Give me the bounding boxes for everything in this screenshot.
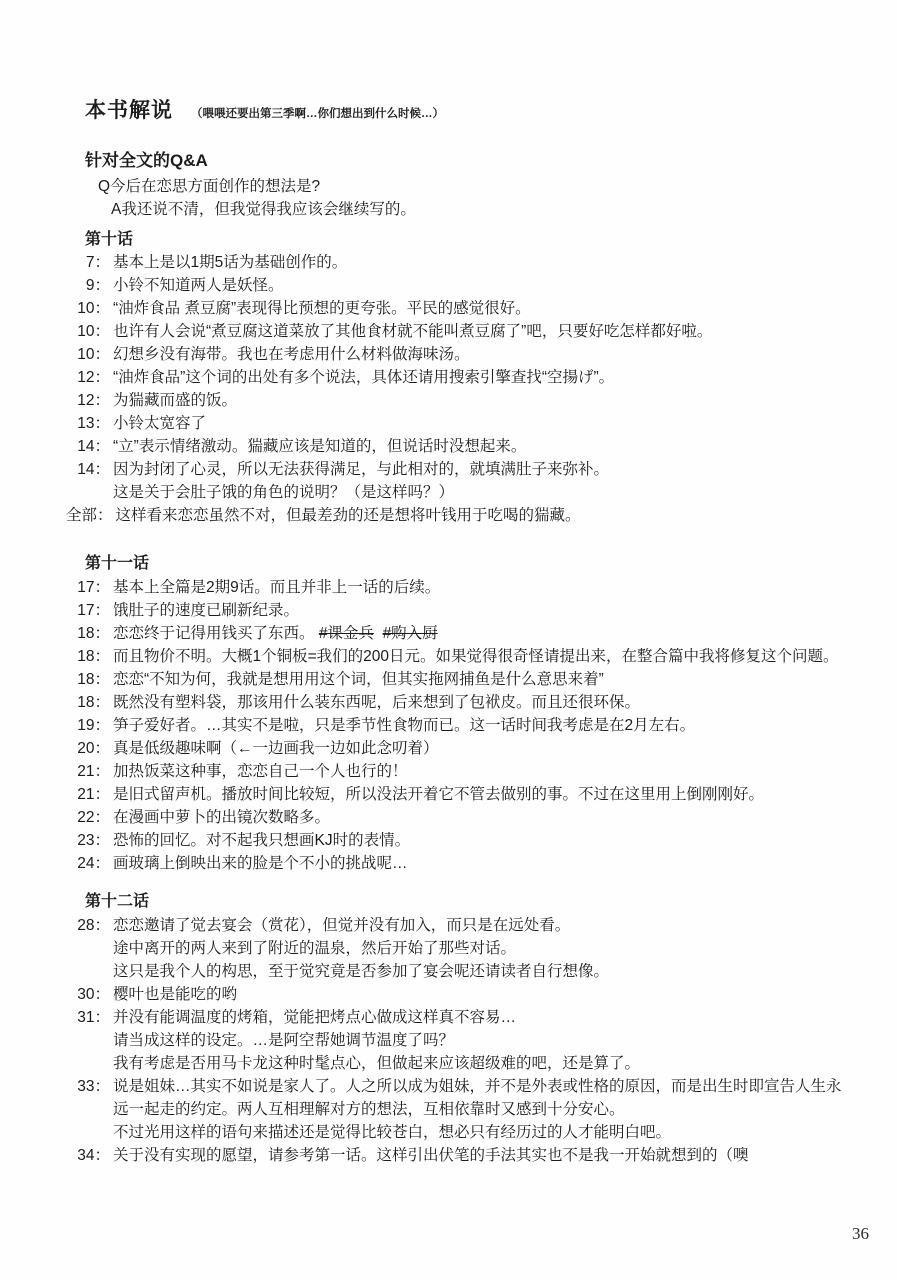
commentary-line: 12：“油炸食品”这个词的出处有多个说法，具体还请用搜索引擎查找“空揚げ”。 xyxy=(66,366,881,389)
commentary-line: 19：笋子爱好者。…其实不是啦，只是季节性食物而已。这一话时间我考虑是在2月左右… xyxy=(66,714,881,737)
line-number: 17： xyxy=(66,599,110,622)
commentary-line: 23：恐怖的回忆。对不起我只想画KJ时的表情。 xyxy=(66,829,881,852)
qa-section-heading: 针对全文的Q&A xyxy=(85,146,208,171)
line-text: 画玻璃上倒映出来的脸是个不小的挑战呢… xyxy=(113,852,408,875)
line-text: 加热饭菜这种事，恋恋自己一个人也行的！ xyxy=(113,760,408,783)
page-number: 36 xyxy=(852,1224,869,1244)
commentary-line: 17：基本上全篇是2期9话。而且并非上一话的后续。 xyxy=(66,576,881,599)
commentary-line: 17：饿肚子的速度已刷新纪录。 xyxy=(66,599,881,622)
commentary-line: 20：真是低级趣味啊（←一边画我一边如此念叨着） xyxy=(66,737,881,760)
line-number: 全部： xyxy=(66,504,113,527)
line-text: 远一起走的约定。两人互相理解对方的想法，互相依靠时又感到十分安心。 xyxy=(113,1098,625,1121)
line-text: 恋恋“不知为何，我就是想用用这个词，但其实拖网捕鱼是什么意思来着” xyxy=(113,668,604,691)
commentary-line: 18：而且物价不明。大概1个铜板=我们的200日元。如果觉得很奇怪请提出来，在整… xyxy=(66,645,881,668)
line-text: 我有考虑是否用马卡龙这种时髦点心，但做起来应该超级难的吧，还是算了。 xyxy=(113,1052,640,1075)
section-heading-episode-11: 第十一话 xyxy=(85,550,149,573)
line-number: 13： xyxy=(66,412,110,435)
line-text: 恋恋终于记得用钱买了东西。 #课金兵 #购入厨 xyxy=(113,622,438,645)
commentary-line: 18：既然没有塑料袋，那该用什么装东西呢，后来想到了包袱皮。而且还很环保。 xyxy=(66,691,881,714)
commentary-line: 这是关于会肚子饿的角色的说明？（是这样吗？） xyxy=(66,481,881,504)
line-number: 21： xyxy=(66,783,110,806)
line-number: 23： xyxy=(66,829,110,852)
line-text: 在漫画中萝卜的出镜次数略多。 xyxy=(113,806,330,829)
commentary-line: 21：加热饭菜这种事，恋恋自己一个人也行的！ xyxy=(66,760,881,783)
commentary-line: 12：为猯藏而盛的饭。 xyxy=(66,389,881,412)
line-number: 10： xyxy=(66,320,110,343)
commentary-line: 13：小铃太宽容了 xyxy=(66,412,881,435)
commentary-line: 9：小铃不知道两人是妖怪。 xyxy=(66,274,881,297)
line-text: 饿肚子的速度已刷新纪录。 xyxy=(113,599,299,622)
line-text: 幻想乡没有海带。我也在考虑用什么材料做海味汤。 xyxy=(113,343,470,366)
line-text: 因为封闭了心灵，所以无法获得满足，与此相对的，就填满肚子来弥补。 xyxy=(113,458,609,481)
line-text: 这样看来恋恋虽然不对，但最差劲的还是想将叶钱用于吃喝的猯藏。 xyxy=(116,504,581,527)
line-text: 而且物价不明。大概1个铜板=我们的200日元。如果觉得很奇怪请提出来，在整合篇中… xyxy=(113,645,839,668)
line-number: 18： xyxy=(66,645,110,668)
line-number: 17： xyxy=(66,576,110,599)
line-text: 樱叶也是能吃的哟 xyxy=(113,983,237,1006)
commentary-line: 14：“立”表示情绪激动。猯藏应该是知道的，但说话时没想起来。 xyxy=(66,435,881,458)
qa-answer: A我还说不清，但我觉得我应该会继续写的。 xyxy=(111,197,416,219)
line-number: 34： xyxy=(66,1144,110,1167)
commentary-line: 24：画玻璃上倒映出来的脸是个不小的挑战呢… xyxy=(66,852,881,875)
strikethrough-hashtag: #购入厨 xyxy=(383,625,438,642)
line-text: 也许有人会说“煮豆腐这道菜放了其他食材就不能叫煮豆腐了”吧，只要好吃怎样都好啦。 xyxy=(113,320,712,343)
line-number: 22： xyxy=(66,806,110,829)
line-number: 14： xyxy=(66,458,110,481)
commentary-line: 10：“油炸食品 煮豆腐”表现得比预想的更夸张。平民的感觉很好。 xyxy=(66,297,881,320)
line-number: 18： xyxy=(66,668,110,691)
line-number: 33： xyxy=(66,1075,110,1098)
line-number: 31： xyxy=(66,1006,110,1029)
commentary-line: 7：基本上是以1期5话为基础创作的。 xyxy=(66,251,881,274)
commentary-line: 10：也许有人会说“煮豆腐这道菜放了其他食材就不能叫煮豆腐了”吧，只要好吃怎样都… xyxy=(66,320,881,343)
commentary-line: 全部：这样看来恋恋虽然不对，但最差劲的还是想将叶钱用于吃喝的猯藏。 xyxy=(66,504,881,527)
page-header: 本书解说 （喂喂还要出第三季啊…你们想出到什么时候…） xyxy=(85,94,444,124)
line-number: 14： xyxy=(66,435,110,458)
section-lines-episode-11: 17：基本上全篇是2期9话。而且并非上一话的后续。17：饿肚子的速度已刷新纪录。… xyxy=(66,576,881,875)
commentary-line: 10：幻想乡没有海带。我也在考虑用什么材料做海味汤。 xyxy=(66,343,881,366)
line-text: 是旧式留声机。播放时间比较短，所以没法开着它不管去做别的事。不过在这里用上倒刚刚… xyxy=(113,783,764,806)
commentary-line: 33：说是姐妹…其实不如说是家人了。人之所以成为姐妹，并不是外表或性格的原因，而… xyxy=(66,1075,881,1098)
page-title-note: （喂喂还要出第三季啊…你们想出到什么时候…） xyxy=(191,105,444,121)
line-text: 为猯藏而盛的饭。 xyxy=(113,389,237,412)
line-text: “立”表示情绪激动。猯藏应该是知道的，但说话时没想起来。 xyxy=(113,435,526,458)
commentary-line: 22：在漫画中萝卜的出镜次数略多。 xyxy=(66,806,881,829)
line-text: 既然没有塑料袋，那该用什么装东西呢，后来想到了包袱皮。而且还很环保。 xyxy=(113,691,640,714)
commentary-line: 这只是我个人的构思，至于觉究竟是否参加了宴会呢还请读者自行想像。 xyxy=(66,960,881,983)
commentary-line: 28：恋恋邀请了觉去宴会（赏花），但觉并没有加入，而只是在远处看。 xyxy=(66,914,881,937)
commentary-line: 不过光用这样的语句来描述还是觉得比较苍白，想必只有经历过的人才能明白吧。 xyxy=(66,1121,881,1144)
commentary-line: 30：樱叶也是能吃的哟 xyxy=(66,983,881,1006)
line-number: 30： xyxy=(66,983,110,1006)
section-heading-episode-10: 第十话 xyxy=(85,226,133,249)
text-segment xyxy=(374,625,383,642)
line-text: 恐怖的回忆。对不起我只想画KJ时的表情。 xyxy=(113,829,410,852)
commentary-line: 我有考虑是否用马卡龙这种时髦点心，但做起来应该超级难的吧，还是算了。 xyxy=(66,1052,881,1075)
strikethrough-hashtag: #课金兵 xyxy=(319,625,374,642)
section-heading-episode-12: 第十二话 xyxy=(85,888,149,911)
line-text: 基本上全篇是2期9话。而且并非上一话的后续。 xyxy=(113,576,440,599)
line-text: 这只是我个人的构思，至于觉究竟是否参加了宴会呢还请读者自行想像。 xyxy=(113,960,609,983)
line-text: “油炸食品 煮豆腐”表现得比预想的更夸张。平民的感觉很好。 xyxy=(113,297,531,320)
line-number: 9： xyxy=(66,274,110,297)
line-number: 21： xyxy=(66,760,110,783)
page-title: 本书解说 xyxy=(85,94,173,124)
section-lines-episode-10: 7：基本上是以1期5话为基础创作的。9：小铃不知道两人是妖怪。10：“油炸食品 … xyxy=(66,251,881,527)
line-text: 途中离开的两人来到了附近的温泉，然后开始了那些对话。 xyxy=(113,937,516,960)
line-number: 20： xyxy=(66,737,110,760)
line-text: 说是姐妹…其实不如说是家人了。人之所以成为姐妹，并不是外表或性格的原因，而是出生… xyxy=(113,1075,842,1098)
commentary-line: 18：恋恋“不知为何，我就是想用用这个词，但其实拖网捕鱼是什么意思来着” xyxy=(66,668,881,691)
line-number: 10： xyxy=(66,297,110,320)
line-number: 10： xyxy=(66,343,110,366)
text-segment: 恋恋终于记得用钱买了东西。 xyxy=(113,625,319,642)
line-text: 请当成这样的设定。…是阿空帮她调节温度了吗？ xyxy=(113,1029,454,1052)
line-text: 笋子爱好者。…其实不是啦，只是季节性食物而已。这一话时间我考虑是在2月左右。 xyxy=(113,714,695,737)
line-text: 真是低级趣味啊（←一边画我一边如此念叨着） xyxy=(113,737,439,760)
commentary-line: 31：并没有能调温度的烤箱，觉能把烤点心做成这样真不容易… xyxy=(66,1006,881,1029)
commentary-line: 远一起走的约定。两人互相理解对方的想法，互相依靠时又感到十分安心。 xyxy=(66,1098,881,1121)
line-number: 12： xyxy=(66,366,110,389)
line-number: 28： xyxy=(66,914,110,937)
line-number: 18： xyxy=(66,622,110,645)
section-lines-episode-12: 28：恋恋邀请了觉去宴会（赏花），但觉并没有加入，而只是在远处看。途中离开的两人… xyxy=(66,914,881,1167)
line-text: 恋恋邀请了觉去宴会（赏花），但觉并没有加入，而只是在远处看。 xyxy=(113,914,570,937)
line-text: 基本上是以1期5话为基础创作的。 xyxy=(113,251,347,274)
commentary-line: 21：是旧式留声机。播放时间比较短，所以没法开着它不管去做别的事。不过在这里用上… xyxy=(66,783,881,806)
line-text: 这是关于会肚子饿的角色的说明？（是这样吗？） xyxy=(113,481,454,504)
line-number: 7： xyxy=(66,251,110,274)
line-text: 并没有能调温度的烤箱，觉能把烤点心做成这样真不容易… xyxy=(113,1006,516,1029)
line-number: 18： xyxy=(66,691,110,714)
commentary-line: 请当成这样的设定。…是阿空帮她调节温度了吗？ xyxy=(66,1029,881,1052)
line-text: “油炸食品”这个词的出处有多个说法，具体还请用搜索引擎查找“空揚げ”。 xyxy=(113,366,614,389)
commentary-line: 途中离开的两人来到了附近的温泉，然后开始了那些对话。 xyxy=(66,937,881,960)
commentary-line: 34：关于没有实现的愿望，请参考第一话。这样引出伏笔的手法其实也不是我一开始就想… xyxy=(66,1144,881,1167)
line-text: 小铃不知道两人是妖怪。 xyxy=(113,274,284,297)
qa-question: Q今后在恋思方面创作的想法是? xyxy=(98,174,320,196)
line-number: 24： xyxy=(66,852,110,875)
commentary-line: 14：因为封闭了心灵，所以无法获得满足，与此相对的，就填满肚子来弥补。 xyxy=(66,458,881,481)
book-commentary-page: 本书解说 （喂喂还要出第三季啊…你们想出到什么时候…） 针对全文的Q&A Q今后… xyxy=(0,0,897,1280)
line-number: 12： xyxy=(66,389,110,412)
commentary-line: 18：恋恋终于记得用钱买了东西。 #课金兵 #购入厨 xyxy=(66,622,881,645)
line-text: 关于没有实现的愿望，请参考第一话。这样引出伏笔的手法其实也不是我一开始就想到的（… xyxy=(113,1144,749,1167)
line-text: 不过光用这样的语句来描述还是觉得比较苍白，想必只有经历过的人才能明白吧。 xyxy=(113,1121,671,1144)
line-text: 小铃太宽容了 xyxy=(113,412,206,435)
line-number: 19： xyxy=(66,714,110,737)
